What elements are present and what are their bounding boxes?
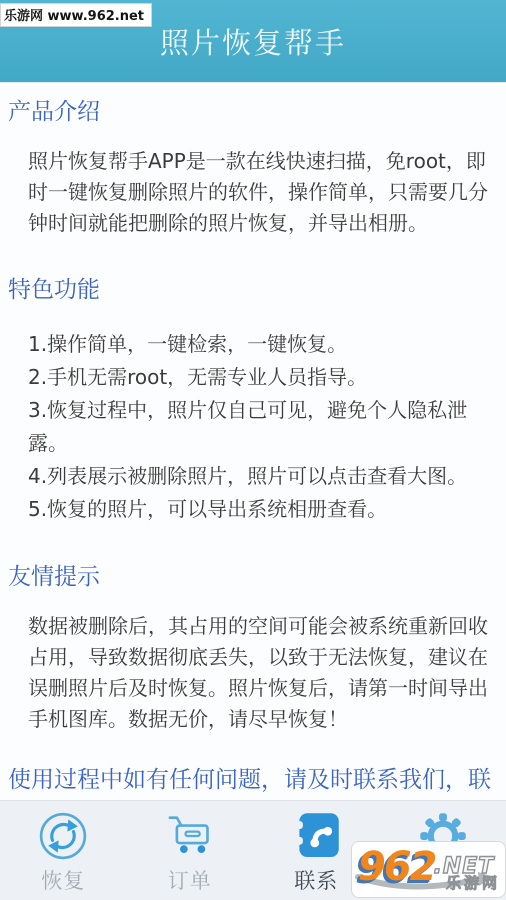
feature-item: 1.操作简单，一键检索，一键恢复。	[28, 328, 500, 361]
watermark-962: 962	[358, 844, 436, 890]
tips-text: 数据被删除后，其占用的空间可能会被系统重新回收占用，导致数据彻底丢失，以致于无法…	[28, 611, 500, 735]
content-area: 产品介绍 照片恢复帮手APP是一款在线快速扫描，免root，即时一键恢复删除照片…	[0, 82, 506, 800]
feature-list: 1.操作简单，一键检索，一键恢复。 2.手机无需root，无需专业人员指导。 3…	[28, 328, 500, 526]
watermark-top-text: 乐游网 www.962.net	[4, 9, 144, 24]
feature-item: 4.列表展示被删除照片，照片可以点击查看大图。	[28, 460, 500, 493]
feature-item: 5.恢复的照片，可以导出系统相册查看。	[28, 493, 500, 526]
section-heading-features: 特色功能	[8, 271, 500, 304]
tab-orders[interactable]: 订单	[127, 801, 254, 900]
contact-phone-icon	[288, 808, 344, 864]
tab-contact-label: 联系	[294, 865, 338, 895]
sync-icon	[35, 808, 91, 864]
watermark-top: 乐游网 www.962.net	[0, 3, 152, 27]
app-screen: 照片恢复帮手 乐游网 www.962.net 产品介绍 照片恢复帮手APP是一款…	[0, 0, 506, 900]
page-title: 照片恢复帮手	[160, 21, 346, 62]
watermark-bottom: 962.NET 乐游网	[351, 841, 506, 898]
cart-icon	[162, 808, 218, 864]
section-heading-product-intro: 产品介绍	[8, 93, 500, 126]
section-heading-tips: 友情提示	[8, 558, 500, 591]
tab-orders-label: 订单	[168, 865, 212, 895]
feature-item: 3.恢复过程中，照片仅自己可见，避免个人隐私泄露。	[28, 394, 500, 460]
product-intro-text: 照片恢复帮手APP是一款在线快速扫描，免root，即时一键恢复删除照片的软件，操…	[28, 146, 500, 239]
feature-item: 2.手机无需root，无需专业人员指导。	[28, 361, 500, 394]
tab-recover[interactable]: 恢复	[0, 801, 127, 900]
tab-recover-label: 恢复	[41, 865, 85, 895]
watermark-site: 乐游网	[446, 872, 500, 893]
